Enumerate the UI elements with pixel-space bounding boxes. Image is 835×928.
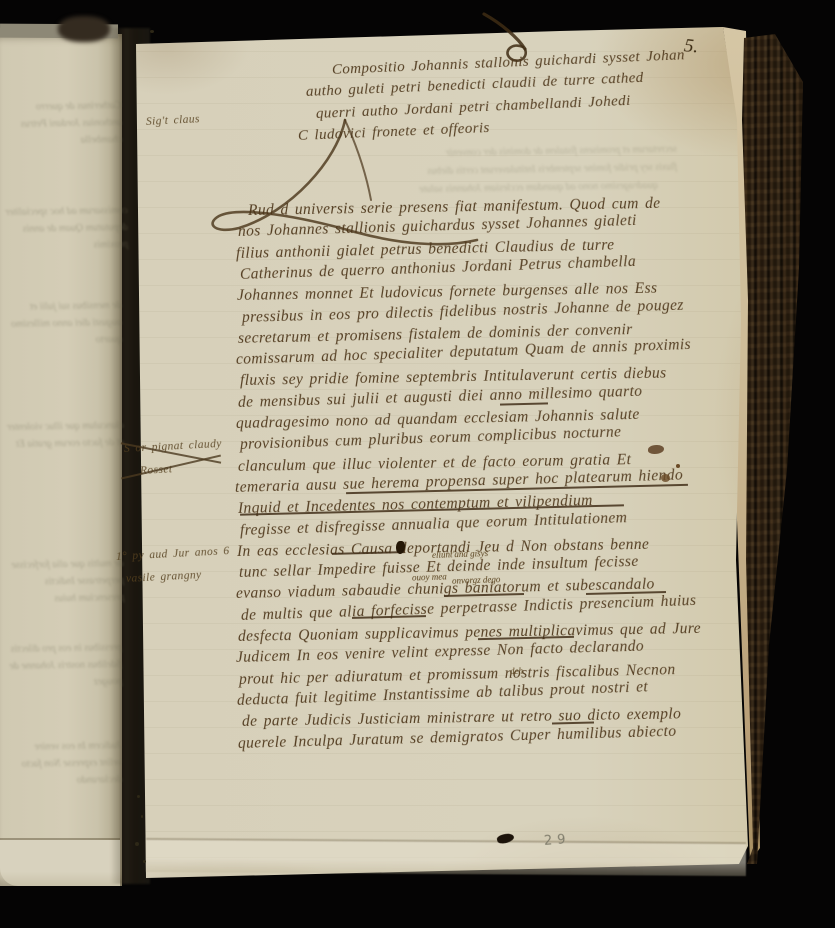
facing-page-bottom-curl [0,838,120,886]
show-through-text: pressibus in eos pro dilectis fidelibus … [8,639,123,692]
interlinear-insertion: ouoy mea [412,571,447,582]
interlinear-insertion: onvorgz dego [452,574,501,586]
interlinear-insertion: deh [510,666,523,676]
folio-number: 5. [683,35,699,58]
speck [150,30,154,33]
ink-stain [676,464,680,468]
page-bottom-curl [146,838,746,876]
show-through-text: de multis que alia forfecisse perpetrass… [10,555,125,608]
speck [137,795,140,798]
show-through-text: Catherinus de querro anthonius Jordani P… [14,97,123,150]
interlinear-insertion: eliunt'and gisys [432,548,488,560]
show-through-text: Judicem In eos venire velint expresse No… [14,737,123,790]
speck [141,815,143,818]
binding-shadow [58,16,110,42]
manuscript-photo: Catherinus de querro anthonius Jordani P… [0,0,835,928]
speck [143,860,146,863]
show-through-text: clanculum que illuc violenter et de fact… [6,417,125,457]
ink-stain [661,474,670,482]
show-through-text: de mensibus sui julii et augusti diei an… [0,297,122,350]
speck [135,842,139,846]
pencil-foliation-number: 29 [544,832,572,849]
